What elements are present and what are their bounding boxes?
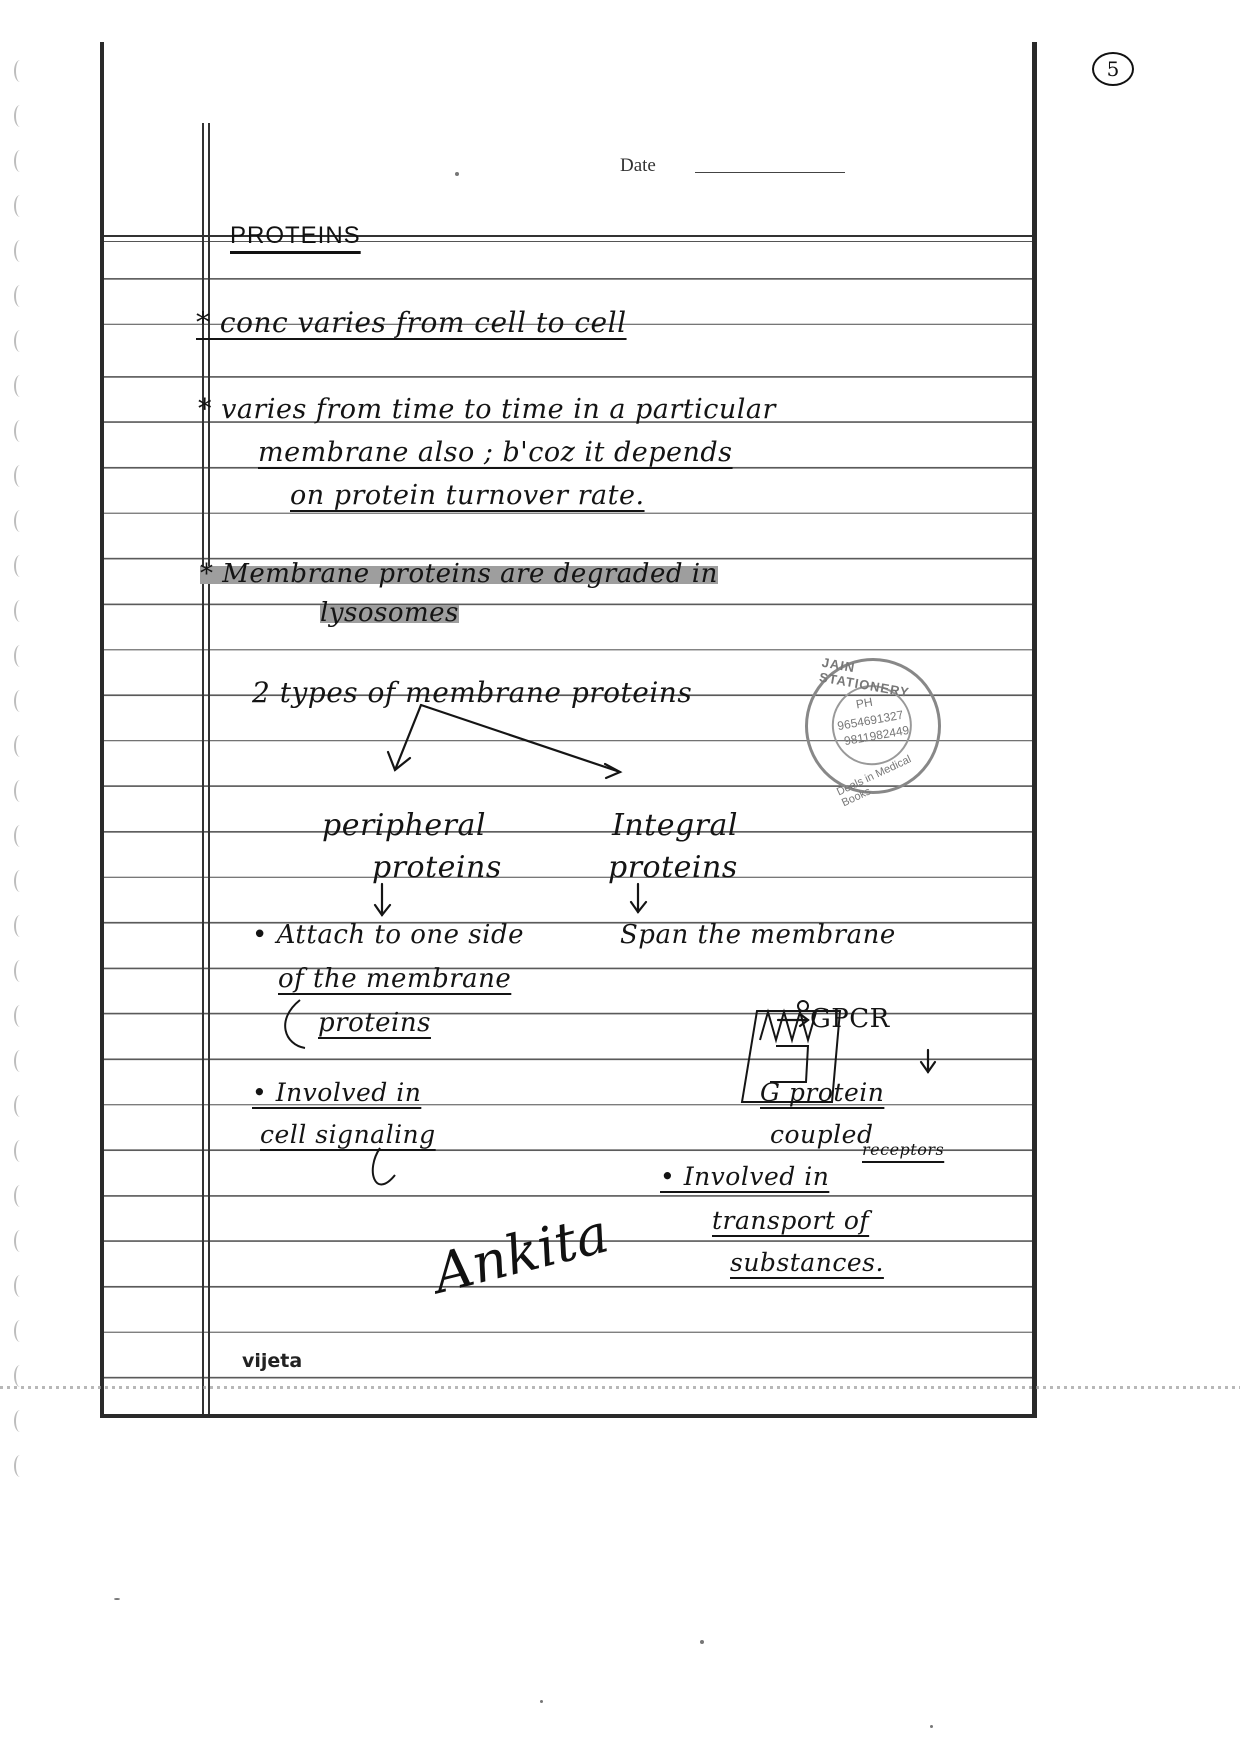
binding-hole (14, 1140, 26, 1162)
binding-hole (14, 465, 26, 487)
note-bullet-2-line-2: membrane also ; b'coz it depends (258, 437, 733, 468)
binding-hole (14, 960, 26, 982)
binding-hole (14, 1455, 26, 1477)
scan-noise-band (0, 1386, 1240, 1389)
scan-speck (930, 1725, 933, 1728)
binding-hole (14, 1050, 26, 1072)
note-bullet-2-line-3: on protein turnover rate. (290, 480, 645, 511)
binding-hole (14, 690, 26, 712)
peripheral-point-1-line-1: • Attach to one side (252, 920, 524, 950)
binding-hole (14, 555, 26, 577)
note-bullet-3-line-1: * Membrane proteins are degraded in (200, 559, 718, 589)
binding-hole (14, 645, 26, 667)
peripheral-point-2-line-1: • Involved in (252, 1078, 421, 1107)
binding-hole (14, 1095, 26, 1117)
binding-hole (14, 1275, 26, 1297)
gpcr-expansion-line-2: coupled (770, 1120, 873, 1149)
note-bullet-1: * conc varies from cell to cell (196, 306, 627, 339)
notebook-brand: vijeta (242, 1350, 302, 1372)
gpcr-expansion-line-1: G protein (760, 1078, 884, 1107)
binding-hole (14, 420, 26, 442)
binding-hole (14, 870, 26, 892)
binding-hole (14, 1230, 26, 1252)
binding-hole (14, 1185, 26, 1207)
peripheral-point-1-line-3: proteins (318, 1008, 431, 1038)
integral-label-line-2: proteins (608, 850, 738, 885)
scan-speck (700, 1640, 704, 1644)
integral-point-2-line-1: • Involved in (660, 1162, 829, 1191)
binding-hole (14, 825, 26, 847)
binding-hole (14, 600, 26, 622)
binding-hole (14, 150, 26, 172)
page-title: PROTEINS (230, 222, 361, 250)
peripheral-label-line-1: peripheral (322, 808, 486, 843)
integral-point-1: Span the membrane (620, 920, 896, 950)
types-heading: 2 types of membrane proteins (252, 676, 692, 709)
binding-hole (14, 330, 26, 352)
binding-hole (14, 1365, 26, 1387)
gpcr-expansion-line-3: receptors (862, 1140, 944, 1159)
scan-speck (540, 1700, 543, 1703)
binding-hole (14, 735, 26, 757)
scan-speck (455, 172, 459, 176)
integral-point-2-line-3: substances. (730, 1248, 884, 1277)
integral-point-2-line-2: transport of (712, 1206, 869, 1235)
stamp-ph-label: PH (855, 695, 874, 712)
page-number: 5 (1092, 52, 1134, 86)
binding-hole (14, 510, 26, 532)
note-bullet-3-line-2: lysosomes (320, 598, 459, 628)
date-field-line (695, 172, 845, 173)
peripheral-point-1-line-2: of the membrane (278, 964, 511, 994)
date-label: Date (620, 155, 656, 177)
peripheral-point-2-line-2: cell signaling (260, 1120, 436, 1149)
binding-hole (14, 780, 26, 802)
binding-hole (14, 195, 26, 217)
binding-hole (14, 60, 26, 82)
integral-label-line-1: Integral (612, 808, 738, 843)
binding-hole (14, 240, 26, 262)
note-bullet-2-line-1: * varies from time to time in a particul… (198, 394, 776, 425)
scan-speck (114, 1598, 120, 1600)
binding-hole (14, 375, 26, 397)
header-area (104, 42, 1032, 237)
binding-hole (14, 915, 26, 937)
binding-hole (14, 1320, 26, 1342)
binding-hole (14, 285, 26, 307)
peripheral-label-line-2: proteins (372, 850, 502, 885)
binding-hole (14, 1005, 26, 1027)
binding-hole (14, 1410, 26, 1432)
binding-hole (14, 105, 26, 127)
gpcr-label: GPCR (810, 1004, 890, 1034)
